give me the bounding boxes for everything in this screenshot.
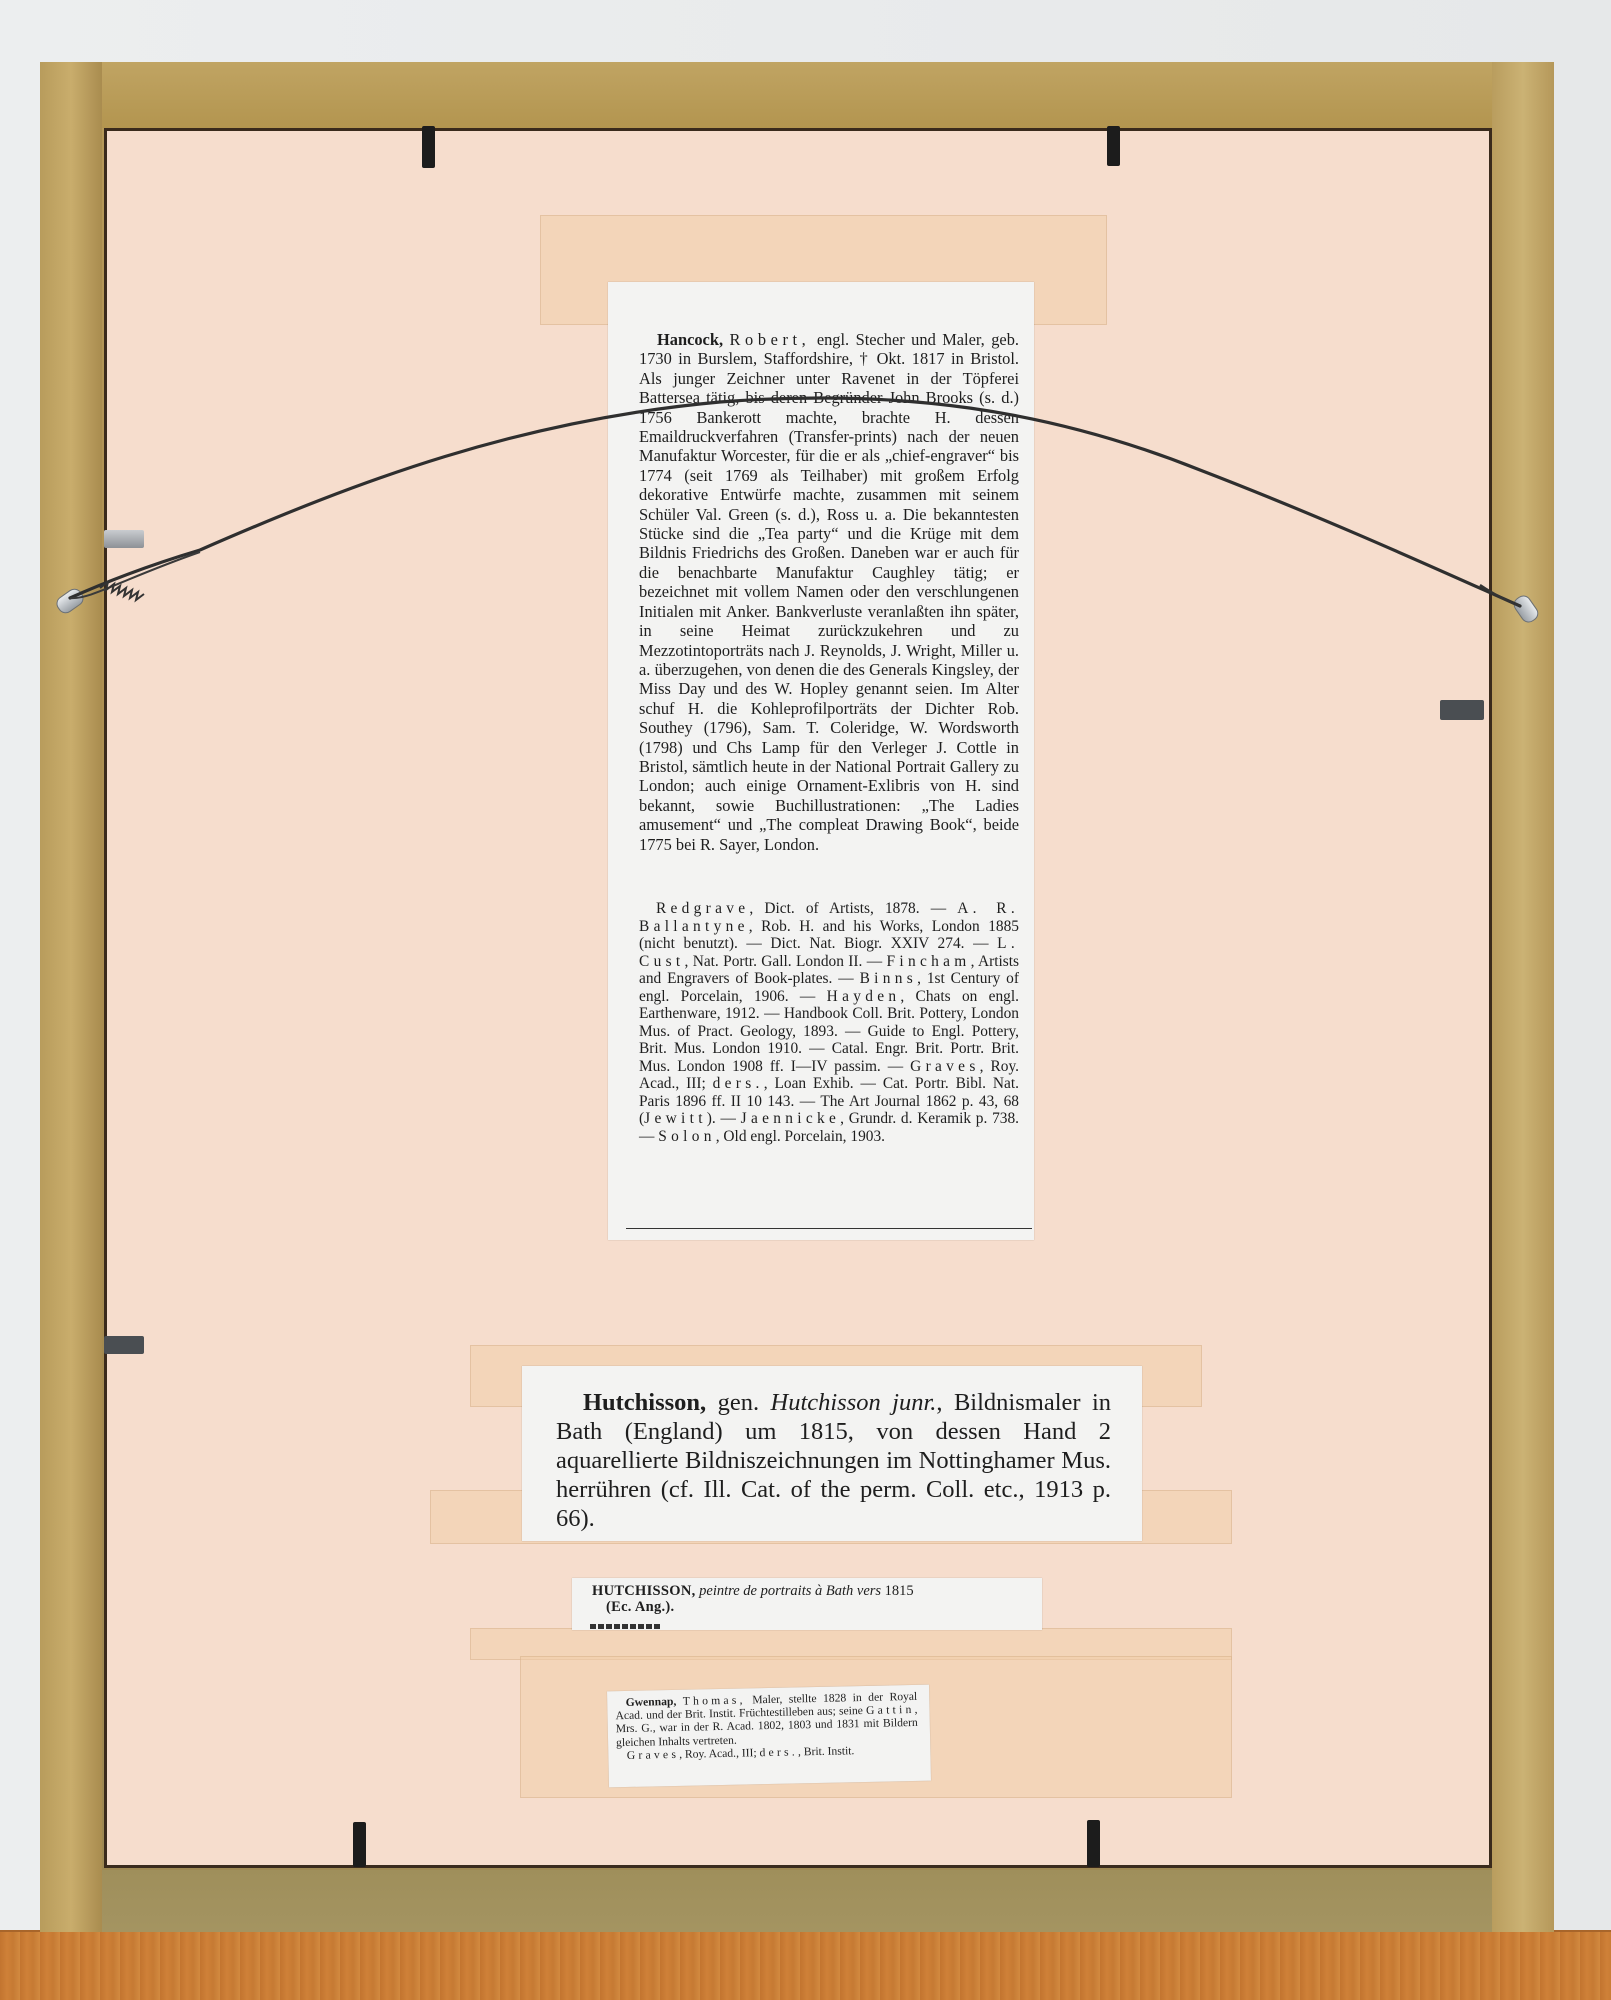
- hutchisson-german-text: Hutchisson, gen. Hutchisson junr., Bildn…: [556, 1388, 1111, 1533]
- ref-author: Graves: [910, 1058, 979, 1075]
- hancock-references: Redgrave, Dict. of Artists, 1878. — A. R…: [639, 900, 1019, 1145]
- turn-clip-icon: [1440, 700, 1484, 720]
- hutchisson-fr-body: peintre de portraits à Bath vers: [699, 1583, 881, 1599]
- hutchisson-fr-name: HUTCHISSON,: [592, 1583, 696, 1599]
- gwennap-ref-text: , Brit. Instit.: [798, 1744, 855, 1758]
- ref-author: Solon: [658, 1128, 715, 1145]
- frame-left-rail: [40, 62, 102, 1932]
- ref-author: Jewitt: [644, 1110, 707, 1127]
- hutchisson-alias: Hutchisson junr.: [771, 1389, 937, 1416]
- gwennap-name: Gwennap,: [626, 1695, 677, 1709]
- cut-off-text-fragment: [590, 1624, 660, 1629]
- turn-clip-icon: [104, 530, 144, 548]
- ref-text: ). —: [707, 1110, 741, 1127]
- divider-rule: [626, 1228, 1032, 1229]
- hutchisson-french-text: HUTCHISSON, peintre de portraits à Bath …: [592, 1583, 1032, 1615]
- hutchisson-name: Hutchisson,: [583, 1389, 706, 1416]
- hancock-name: Hancock,: [657, 330, 723, 349]
- wooden-shelf: [0, 1930, 1611, 2000]
- ref-author: Jaennicke: [741, 1110, 840, 1127]
- turn-clip-icon: [1087, 1820, 1100, 1867]
- turn-clip-icon: [1107, 126, 1120, 166]
- ref-text: , Nat. Portr. Gall. London II. —: [684, 953, 886, 970]
- clipping-hancock: Hancock, Robert, engl. Stecher und Maler…: [608, 282, 1034, 1240]
- turn-clip-icon: [422, 126, 435, 168]
- ref-author: Fincham: [887, 953, 971, 970]
- hutchisson-gen: gen.: [718, 1389, 760, 1416]
- turn-clip-icon: [353, 1822, 366, 1867]
- hancock-body: engl. Stecher und Maler, geb. 1730 in Bu…: [639, 330, 1019, 854]
- gwennap-spouse: Gattin: [866, 1703, 915, 1717]
- ref-author: Redgrave: [656, 900, 749, 917]
- clipping-gwennap: Gwennap, Thomas, Maler, stellte 1828 in …: [607, 1685, 931, 1788]
- gwennap-text: Gwennap, Thomas, Maler, stellte 1828 in …: [615, 1690, 918, 1762]
- frame-top-rail: [40, 62, 1554, 128]
- gwennap-ref-author: Graves: [627, 1748, 680, 1762]
- ref-text: , Old engl. Porcelain, 1903.: [716, 1128, 885, 1145]
- hancock-biography: Hancock, Robert, engl. Stecher und Maler…: [639, 330, 1019, 854]
- clipping-hutchisson-french: HUTCHISSON, peintre de portraits à Bath …: [572, 1578, 1042, 1630]
- gwennap-given-name: Thomas,: [683, 1693, 746, 1707]
- ref-author: Hayden: [827, 988, 901, 1005]
- hutchisson-fr-school: (Ec. Ang.).: [592, 1599, 674, 1615]
- hutchisson-fr-year: 1815: [885, 1583, 914, 1599]
- gwennap-ref-text: , Roy. Acad., III;: [679, 1746, 757, 1761]
- gwennap-ref-ders: ders.: [759, 1745, 798, 1759]
- hancock-given-name: Robert,: [730, 330, 811, 349]
- ref-author: ders.: [713, 1075, 764, 1092]
- frame-right-rail: [1492, 62, 1554, 1932]
- clipping-hutchisson-german: Hutchisson, gen. Hutchisson junr., Bildn…: [522, 1366, 1142, 1541]
- ref-author: Binns: [860, 970, 917, 987]
- ref-text: , Dict. of Artists, 1878. —: [749, 900, 957, 917]
- frame-bottom-rail: [40, 1870, 1554, 1932]
- turn-clip-icon: [104, 1336, 144, 1354]
